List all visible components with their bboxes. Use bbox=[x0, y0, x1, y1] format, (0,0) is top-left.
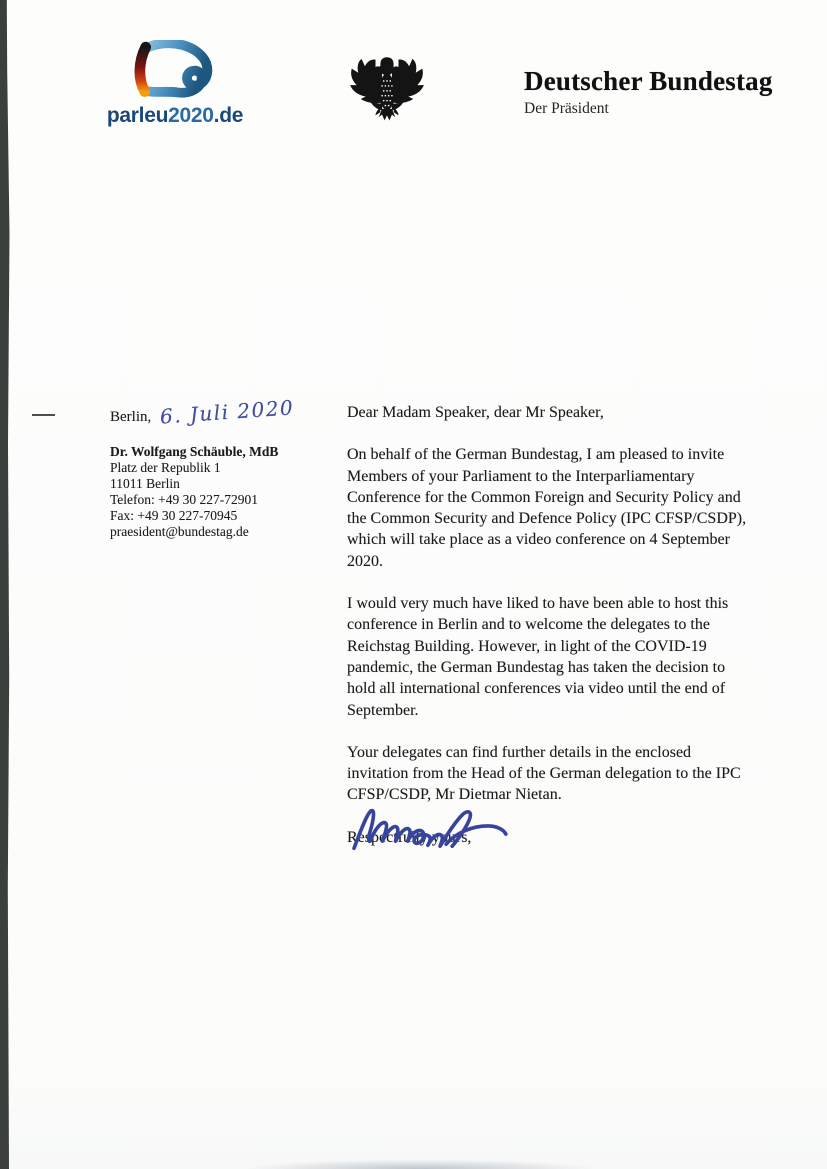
letterhead-title: Deutscher Bundestag bbox=[524, 66, 773, 97]
sender-email: praesident@bundestag.de bbox=[110, 524, 278, 540]
handwritten-date: 6. Juli 2020 bbox=[159, 395, 295, 428]
signature-ink bbox=[350, 803, 520, 853]
parleu2020-logo: parleu2020.de bbox=[102, 40, 248, 128]
sender-fax: Fax: +49 30 227-70945 bbox=[110, 508, 278, 524]
scanned-letter-page: parleu2020.de bbox=[0, 0, 827, 1169]
sender-phone: Telefon: +49 30 227-72901 bbox=[110, 492, 278, 508]
paragraph-3: Your delegates can find further details … bbox=[347, 742, 809, 806]
letter-body: Dear Madam Speaker, dear Mr Speaker, On … bbox=[347, 402, 809, 869]
scan-shadow-artifact bbox=[185, 1156, 655, 1169]
bundestag-eagle-icon bbox=[346, 56, 428, 124]
sender-postal-city: 11011 Berlin bbox=[110, 476, 278, 492]
logo-text-parleu: parleu bbox=[107, 104, 168, 127]
letterhead: Deutscher Bundestag Der Präsident bbox=[524, 66, 773, 118]
salutation: Dear Madam Speaker, dear Mr Speaker, bbox=[347, 402, 809, 423]
fold-mark bbox=[32, 414, 55, 416]
parleu2020-ribbon-icon bbox=[112, 40, 238, 104]
date-line: Berlin,6. Juli 2020 bbox=[110, 402, 295, 426]
sender-block: Dr. Wolfgang Schäuble, MdB Platz der Rep… bbox=[110, 444, 278, 540]
logo-text-de: .de bbox=[214, 104, 243, 127]
paragraph-2: I would very much have liked to have bee… bbox=[347, 593, 809, 721]
sender-name: Dr. Wolfgang Schäuble, MdB bbox=[110, 444, 278, 460]
sender-street: Platz der Republik 1 bbox=[110, 460, 278, 476]
scan-edge-artifact bbox=[0, 0, 10, 1169]
logo-text-2020: 2020 bbox=[168, 104, 214, 127]
city-label: Berlin, bbox=[110, 409, 151, 425]
parleu2020-logo-text: parleu2020.de bbox=[102, 104, 248, 128]
letterhead-subtitle: Der Präsident bbox=[524, 100, 773, 118]
paragraph-1: On behalf of the German Bundestag, I am … bbox=[347, 444, 809, 572]
